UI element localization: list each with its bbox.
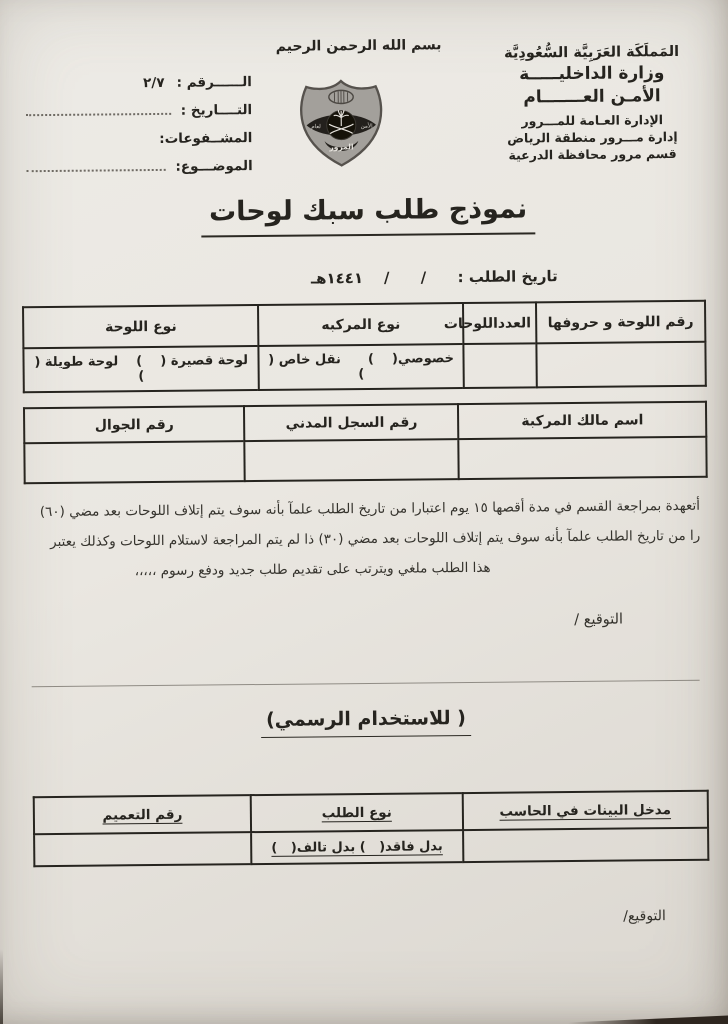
scanned-form-page: بسم الله الرحمن الرحيم المَملَكَة العَرَ… [0,0,728,1024]
col-civil-id: رقم السجل المدني [244,404,458,441]
subject-label: الموضـــوع: [175,158,252,175]
official-table-row: بدل فاقد( ) بدل تالف( ) [34,828,708,866]
cell-mobile-number [24,441,245,483]
field-number: الــــــرقم : ٢/٧ [12,62,252,92]
cell-plate-number [536,342,706,388]
ministry-name: وزارة الداخليـــــة [466,63,718,85]
col-vehicle-type: نوع المركبه [258,303,463,346]
col-mobile-number: رقم الجوال [24,406,245,443]
col-plate-count: العدداللوحات [463,302,536,344]
reference-fields: الــــــرقم : ٢/٧ التــــاريخ : المشــفو… [12,62,253,176]
cell-plate-type-options: لوحة قصيرة ( ) لوحة طويلة ( ) [23,346,259,392]
col-data-entry-clerk: مدخل البينات في الحاسب [462,791,708,830]
traffic-department-badge-icon: الأمن لعام المرور [293,78,390,169]
cell-civil-id [245,439,460,481]
col-plate-type: نوع اللوحة [23,305,259,348]
agency-header: المَملَكَة العَرَبِيَّة السُّعُودِيَّة و… [466,44,719,164]
col-circular-number: رقم التعميم [34,795,251,834]
date-dotted-line [26,113,171,116]
country-name: المَملَكَة العَرَبِيَّة السُّعُودِيَّة [466,44,718,62]
field-subject: الموضـــوع: [12,146,252,176]
badge-svg: الأمن لعام المرور [293,78,390,169]
subject-dotted-line [27,169,166,172]
official-use-title: ( للاستخدام الرسمي) [261,707,471,738]
official-use-table: مدخل البينات في الحاسب نوع الطلب رقم الت… [33,790,710,867]
official-table-header-row: مدخل البينات في الحاسب نوع الطلب رقم الت… [34,791,708,834]
public-security-name: الأمـن العـــــــام [466,86,718,108]
field-attachments: المشــفوعات: [12,118,252,148]
owner-table: اسم مالك المركبة رقم السجل المدني رقم ال… [23,401,708,485]
plates-table-row: خصوصي( ) نقل خاص ( ) لوحة قصيرة ( ) لوحة… [23,342,705,393]
form-title-row: نموذج طلب سبك لوحات [0,192,725,240]
cell-vehicle-type-options: خصوصي( ) نقل خاص ( ) [259,344,464,390]
pledge-paragraph: أتعهدة بمراجعة القسم في مدة أقصها ١٥ يوم… [28,491,701,587]
col-owner-name: اسم مالك المركبة [458,402,706,439]
plates-table: رقم اللوحة و حروفها العدداللوحات نوع الم… [22,300,707,394]
number-value: ٢/٧ [143,75,165,91]
field-date: التــــاريخ : [12,90,252,120]
plates-table-header-row: رقم اللوحة و حروفها العدداللوحات نوع الم… [23,301,705,349]
official-signature-label: التوقيع/ [623,908,666,924]
cell-circular-number [34,832,251,866]
date-label: التــــاريخ : [181,102,253,119]
cell-request-type-options: بدل فاقد( ) بدل تالف( ) [251,830,463,864]
form-content: بسم الله الرحمن الرحيم المَملَكَة العَرَ… [0,0,728,1024]
owner-table-row [24,437,706,484]
col-request-type: نوع الطلب [251,793,463,832]
basmala-text: بسم الله الرحمن الرحيم [276,37,442,55]
badge-bottom-text: المرور [328,142,353,151]
form-title: نموذج طلب سبك لوحات [201,193,536,237]
badge-left-text: لعام [311,124,321,130]
attachments-label: المشــفوعات: [159,130,252,147]
col-plate-number: رقم اللوحة و حروفها [536,301,706,344]
official-use-title-row: ( للاستخدام الرسمي) [2,704,728,740]
applicant-signature-label: التوقيع / [574,612,623,628]
cell-owner-name [459,437,707,479]
governorate-section-name: قسم مرور محافظة الدرعية [467,145,719,164]
cell-plate-count [463,343,536,388]
request-date-line: تاريخ الطلب : / / ١٤٤١هـ [311,267,558,287]
cell-data-entry-clerk [463,828,709,862]
badge-right-text: الأمن [361,122,374,130]
scan-artifact-left-edge [0,949,3,1024]
number-label: الــــــرقم : [176,74,251,91]
section-divider [32,680,700,687]
